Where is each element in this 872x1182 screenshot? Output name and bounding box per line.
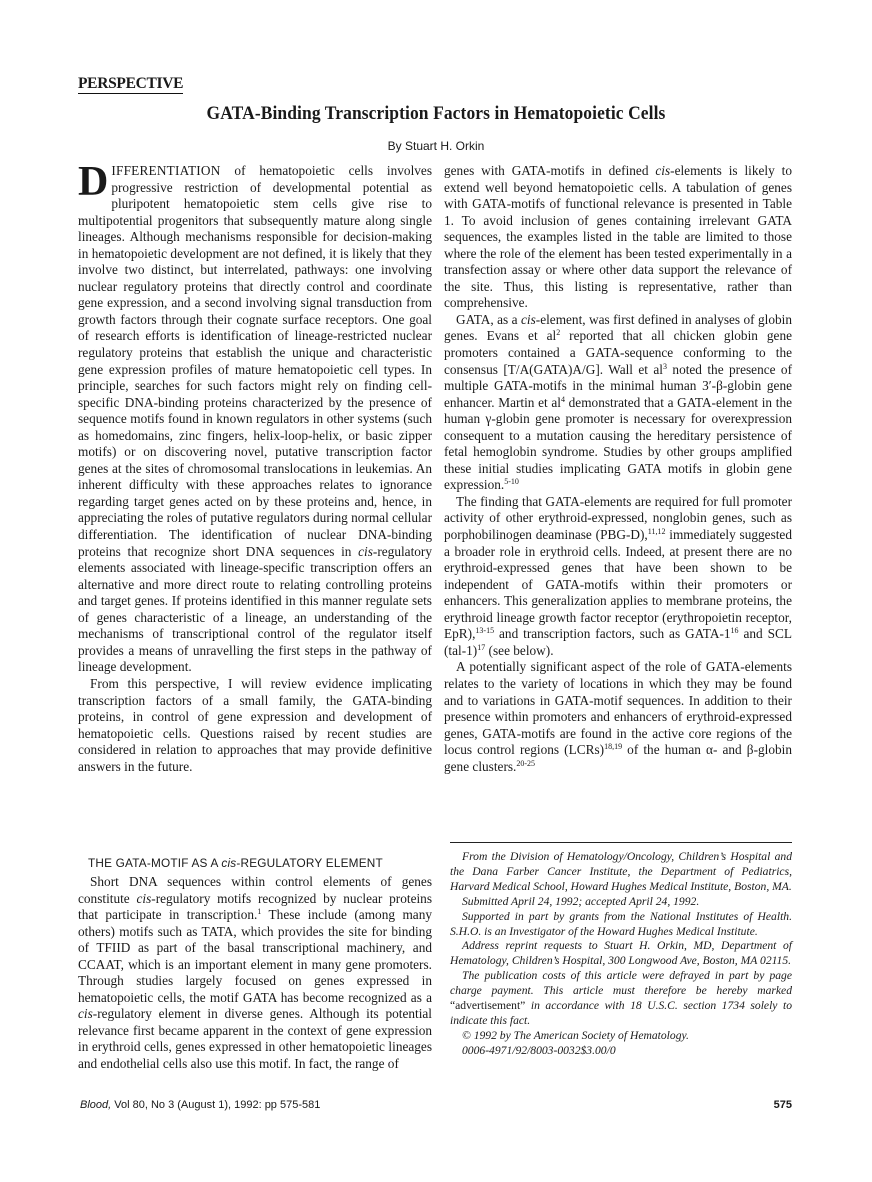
journal-page: PERSPECTIVE GATA-Binding Transcription F… [0, 0, 872, 1182]
journal-name: Blood, [80, 1099, 111, 1111]
citation-ref: 16 [731, 626, 739, 635]
left-column-intro: DIFFERENTIATION of hematopoietic cells i… [78, 163, 432, 775]
author-byline: By Stuart H. Orkin [0, 139, 872, 153]
footnote-dates: Submitted April 24, 1992; accepted April… [450, 895, 792, 910]
lead-caps: IFFERENTIATION [111, 163, 220, 178]
right-column: genes with GATA-motifs in defined cis-el… [444, 163, 792, 775]
paragraph-globin: GATA, as a cis-element, was first define… [444, 312, 792, 494]
journal-citation: Blood, Vol 80, No 3 (August 1), 1992: pp… [80, 1099, 320, 1111]
citation-ref: 11,12 [648, 527, 666, 536]
citation-ref: 13-15 [475, 626, 494, 635]
article-title: GATA-Binding Transcription Factors in He… [35, 103, 837, 125]
left-column-section: Short DNA sequences within control eleme… [78, 874, 432, 1073]
paragraph-short-dna: Short DNA sequences within control eleme… [78, 874, 432, 1073]
footnotes: From the Division of Hematology/Oncology… [450, 850, 792, 1059]
page-number: 575 [770, 1099, 792, 1111]
paragraph-locations: A potentially significant aspect of the … [444, 659, 792, 775]
citation-ref: 5-10 [504, 477, 519, 486]
paragraph-nonglobin: The finding that GATA-elements are requi… [444, 494, 792, 659]
paragraph-tabulation: genes with GATA-motifs in defined cis-el… [444, 163, 792, 312]
paragraph-perspective: From this perspective, I will review evi… [78, 676, 432, 775]
footnote-reprints: Address reprint requests to Stuart H. Or… [450, 939, 792, 969]
footnote-affiliation: From the Division of Hematology/Oncology… [450, 850, 792, 895]
citation-ref: 20-25 [516, 759, 535, 768]
footnote-support: Supported in part by grants from the Nat… [450, 910, 792, 940]
footnote-costs: The publication costs of this article we… [450, 969, 792, 1029]
footnote-copyright: © 1992 by The American Society of Hemato… [450, 1029, 792, 1044]
footnote-code: 0006-4971/92/8003-0032$3.00/0 [450, 1044, 792, 1059]
section-label: PERSPECTIVE [78, 76, 183, 94]
drop-cap: D [78, 166, 108, 198]
citation-ref: 18,19 [604, 742, 622, 751]
footnote-divider [450, 842, 792, 843]
paragraph-intro: DIFFERENTIATION of hematopoietic cells i… [78, 163, 432, 676]
section-heading: THE GATA-MOTIF AS A cis-REGULATORY ELEME… [78, 856, 432, 870]
